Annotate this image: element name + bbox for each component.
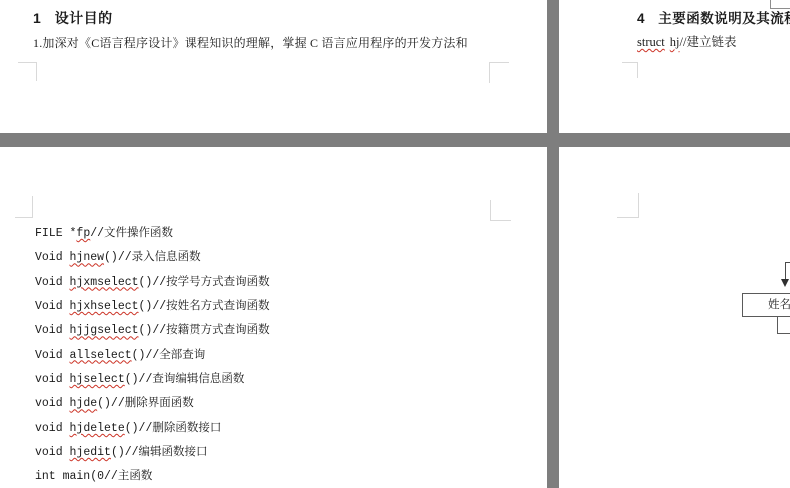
section-4-heading: 4 主要函数说明及其流程图 (637, 7, 790, 27)
code-line: Void allselect()//全部查询 (35, 344, 270, 368)
misspelled-word: struct (637, 35, 665, 49)
section-1-number: 1 (33, 10, 41, 26)
code-line: Void hjxmselect()//按学号方式查询函数 (35, 271, 270, 295)
flowchart-connector-line (777, 316, 790, 334)
section-4-title: 主要函数说明及其流程图 (658, 7, 790, 27)
code-line: Void hjxhselect()//按姓名方式查询函数 (35, 295, 270, 319)
section-1-title: 设计目的 (55, 8, 113, 28)
code-line: FILE *fp//文件操作函数 (35, 222, 270, 246)
page-gap-vertical (547, 0, 559, 488)
misspelled-word: hjde (70, 397, 98, 410)
misspelled-word: hj (670, 35, 680, 49)
flowchart-box-label: 姓名 (768, 294, 790, 316)
page-gap-horizontal (0, 133, 790, 147)
section-1-body-text: 1.加深对《C语言程序设计》课程知识的理解，掌握 C 语言应用程序的开发方法和 (33, 34, 468, 51)
struct-declaration-line: structhj//建立链表 (637, 32, 736, 50)
flowchart-box-name[interactable]: 姓名 (742, 293, 790, 317)
code-line: void hjedit()//编辑函数接口 (35, 441, 270, 465)
misspelled-word: fp (76, 227, 90, 240)
misspelled-word: hjnew (70, 251, 105, 264)
text-boundary-mark (617, 193, 639, 218)
misspelled-word: hjdelete (70, 422, 125, 435)
code-line: int main(0//主函数 (35, 465, 270, 488)
section-4-number: 4 (637, 11, 645, 26)
document-view: { "document": { "section1": { "number": … (0, 0, 790, 488)
text-boundary-mark (489, 62, 509, 83)
code-line: void hjde()//删除界面函数 (35, 392, 270, 416)
misspelled-word: hjxmselect (70, 276, 139, 289)
misspelled-word: allselect (70, 349, 132, 362)
misspelled-word: hjselect (70, 373, 125, 386)
section-1-heading: 1 设计目的 (33, 8, 113, 28)
text-boundary-mark (490, 200, 511, 221)
arrow-down-icon (781, 279, 789, 287)
page-2-surface[interactable]: 4 主要函数说明及其流程图 structhj//建立链表 (559, 0, 790, 133)
page-4-surface[interactable]: 姓名 (559, 147, 790, 488)
page-3-surface[interactable]: FILE *fp//文件操作函数 Void hjnew()//录入信息函数 Vo… (0, 147, 547, 488)
code-line: void hjselect()//查询编辑信息函数 (35, 368, 270, 392)
page-1-surface[interactable]: 1 设计目的 1.加深对《C语言程序设计》课程知识的理解，掌握 C 语言应用程序… (0, 0, 547, 133)
code-line: Void hjjgselect()//按籍贯方式查询函数 (35, 319, 270, 343)
misspelled-word: hjxhselect (70, 300, 139, 313)
code-line: Void hjnew()//录入信息函数 (35, 246, 270, 270)
text-boundary-mark (15, 196, 33, 218)
comment-text: //建立链表 (680, 35, 737, 49)
misspelled-word: hjedit (70, 446, 111, 459)
misspelled-word: hjjgselect (70, 324, 139, 337)
code-line: void hjdelete()//删除函数接口 (35, 417, 270, 441)
text-boundary-mark (18, 62, 37, 81)
function-declaration-list: FILE *fp//文件操作函数 Void hjnew()//录入信息函数 Vo… (35, 222, 270, 488)
text-boundary-mark (622, 62, 638, 78)
